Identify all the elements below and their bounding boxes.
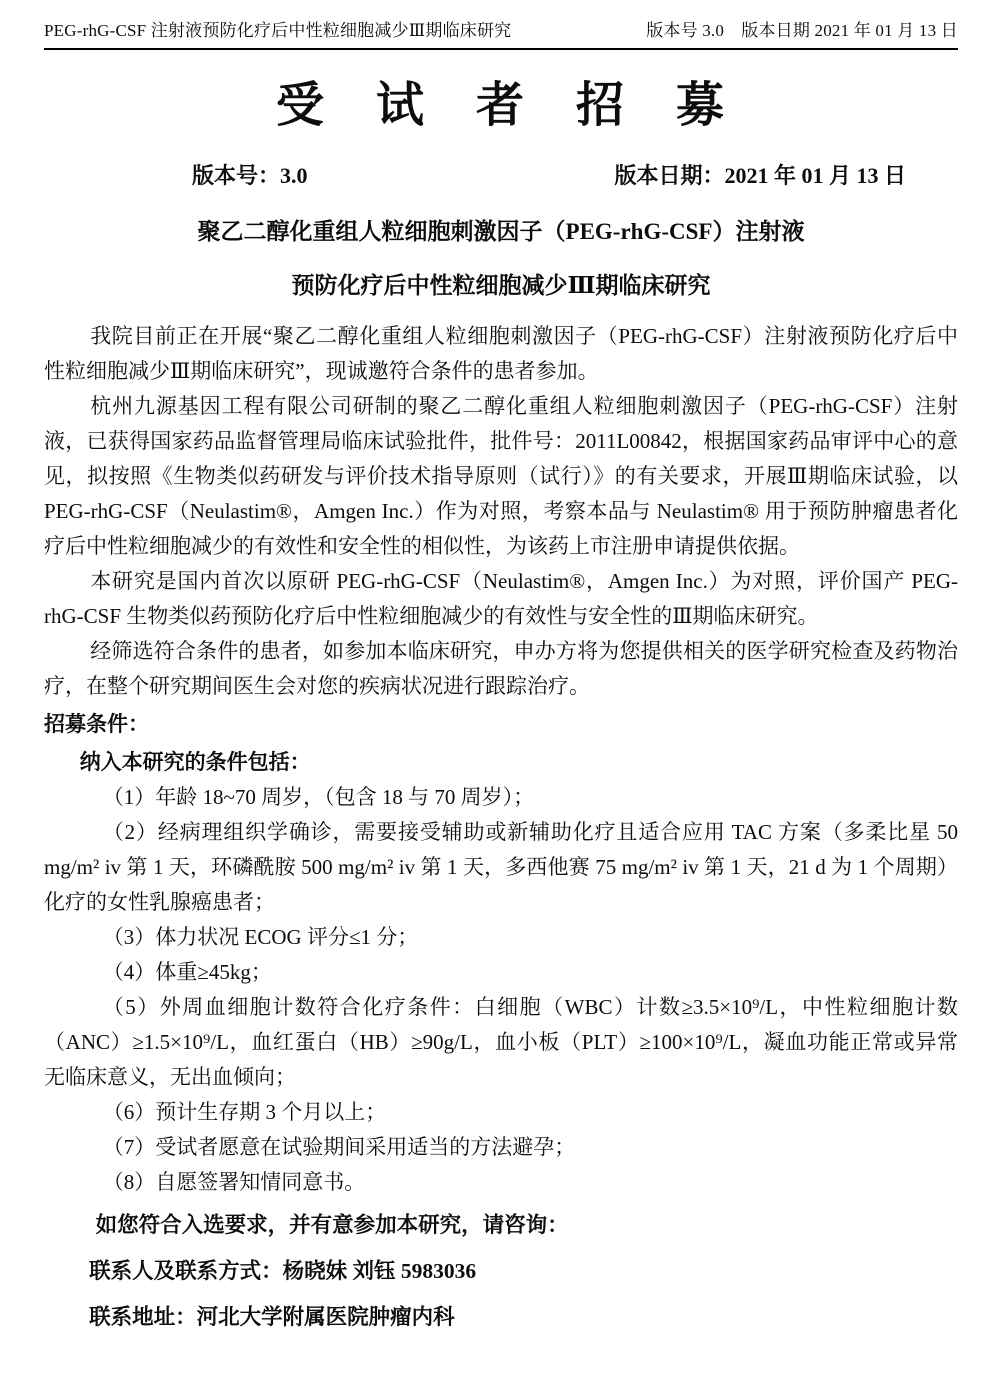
study-comparison-paragraph: 本研究是国内首次以原研 PEG-rhG-CSF（Neulastim®，Amgen… [44,564,958,634]
participant-benefit-paragraph: 经筛选符合条件的患者，如参加本临床研究，申办方将为您提供相关的医学研究检查及药物… [44,634,958,704]
inclusion-item-1: （1）年龄 18~70 周岁，（包含 18 与 70 周岁）； [44,780,958,815]
study-title-line2: 预防化疗后中性粒细胞减少Ⅲ期临床研究 [44,272,958,300]
consultation-prompt: 如您符合入选要求，并有意参加本研究，请咨询： [44,1208,958,1243]
sponsor-approval-paragraph: 杭州九源基因工程有限公司研制的聚乙二醇化重组人粒细胞刺激因子（PEG-rhG-C… [44,389,958,564]
intro-paragraph: 我院目前正在开展“聚乙二醇化重组人粒细胞刺激因子（PEG-rhG-CSF）注射液… [44,319,958,389]
contact-person-line: 联系人及联系方式：杨晓妹 刘钰 5983036 [44,1254,958,1289]
contact-address-line: 联系地址：河北大学附属医院肿瘤内科 [44,1300,958,1335]
inclusion-item-6: （6）预计生存期 3 个月以上； [44,1095,958,1130]
study-title-line1: 聚乙二醇化重组人粒细胞刺激因子（PEG-rhG-CSF）注射液 [44,218,958,246]
inclusion-item-5: （5）外周血细胞计数符合化疗条件：白细胞（WBC）计数≥3.5×10⁹/L，中性… [44,990,958,1095]
inclusion-item-2: （2）经病理组织学确诊，需要接受辅助或新辅助化疗且适合应用 TAC 方案（多柔比… [44,815,958,920]
inclusion-item-3: （3）体力状况 ECOG 评分≤1 分； [44,920,958,955]
header-study-title: PEG-rhG-CSF 注射液预防化疗后中性粒细胞减少Ⅲ期临床研究 [44,16,511,41]
version-date: 版本日期：2021 年 01 月 13 日 [614,159,906,190]
inclusion-item-8: （8）自愿签署知情同意书。 [44,1165,958,1200]
header-version-info: 版本号 3.0 版本日期 2021 年 01 月 13 日 [646,16,958,41]
document-body: 我院目前正在开展“聚乙二醇化重组人粒细胞刺激因子（PEG-rhG-CSF）注射液… [44,319,958,1335]
version-row: 版本号：3.0 版本日期：2021 年 01 月 13 日 [44,159,958,190]
inclusion-criteria-heading: 纳入本研究的条件包括： [44,745,958,780]
inclusion-item-7: （7）受试者愿意在试验期间采用适当的方法避孕； [44,1130,958,1165]
version-number: 版本号：3.0 [192,159,308,190]
document-page: PEG-rhG-CSF 注射液预防化疗后中性粒细胞减少Ⅲ期临床研究 版本号 3.… [0,0,998,1380]
inclusion-item-4: （4）体重≥45kg； [44,955,958,990]
running-header: PEG-rhG-CSF 注射液预防化疗后中性粒细胞减少Ⅲ期临床研究 版本号 3.… [44,16,958,50]
recruitment-conditions-heading: 招募条件： [44,707,958,742]
page-title: 受 试 者 招 募 [44,78,958,133]
